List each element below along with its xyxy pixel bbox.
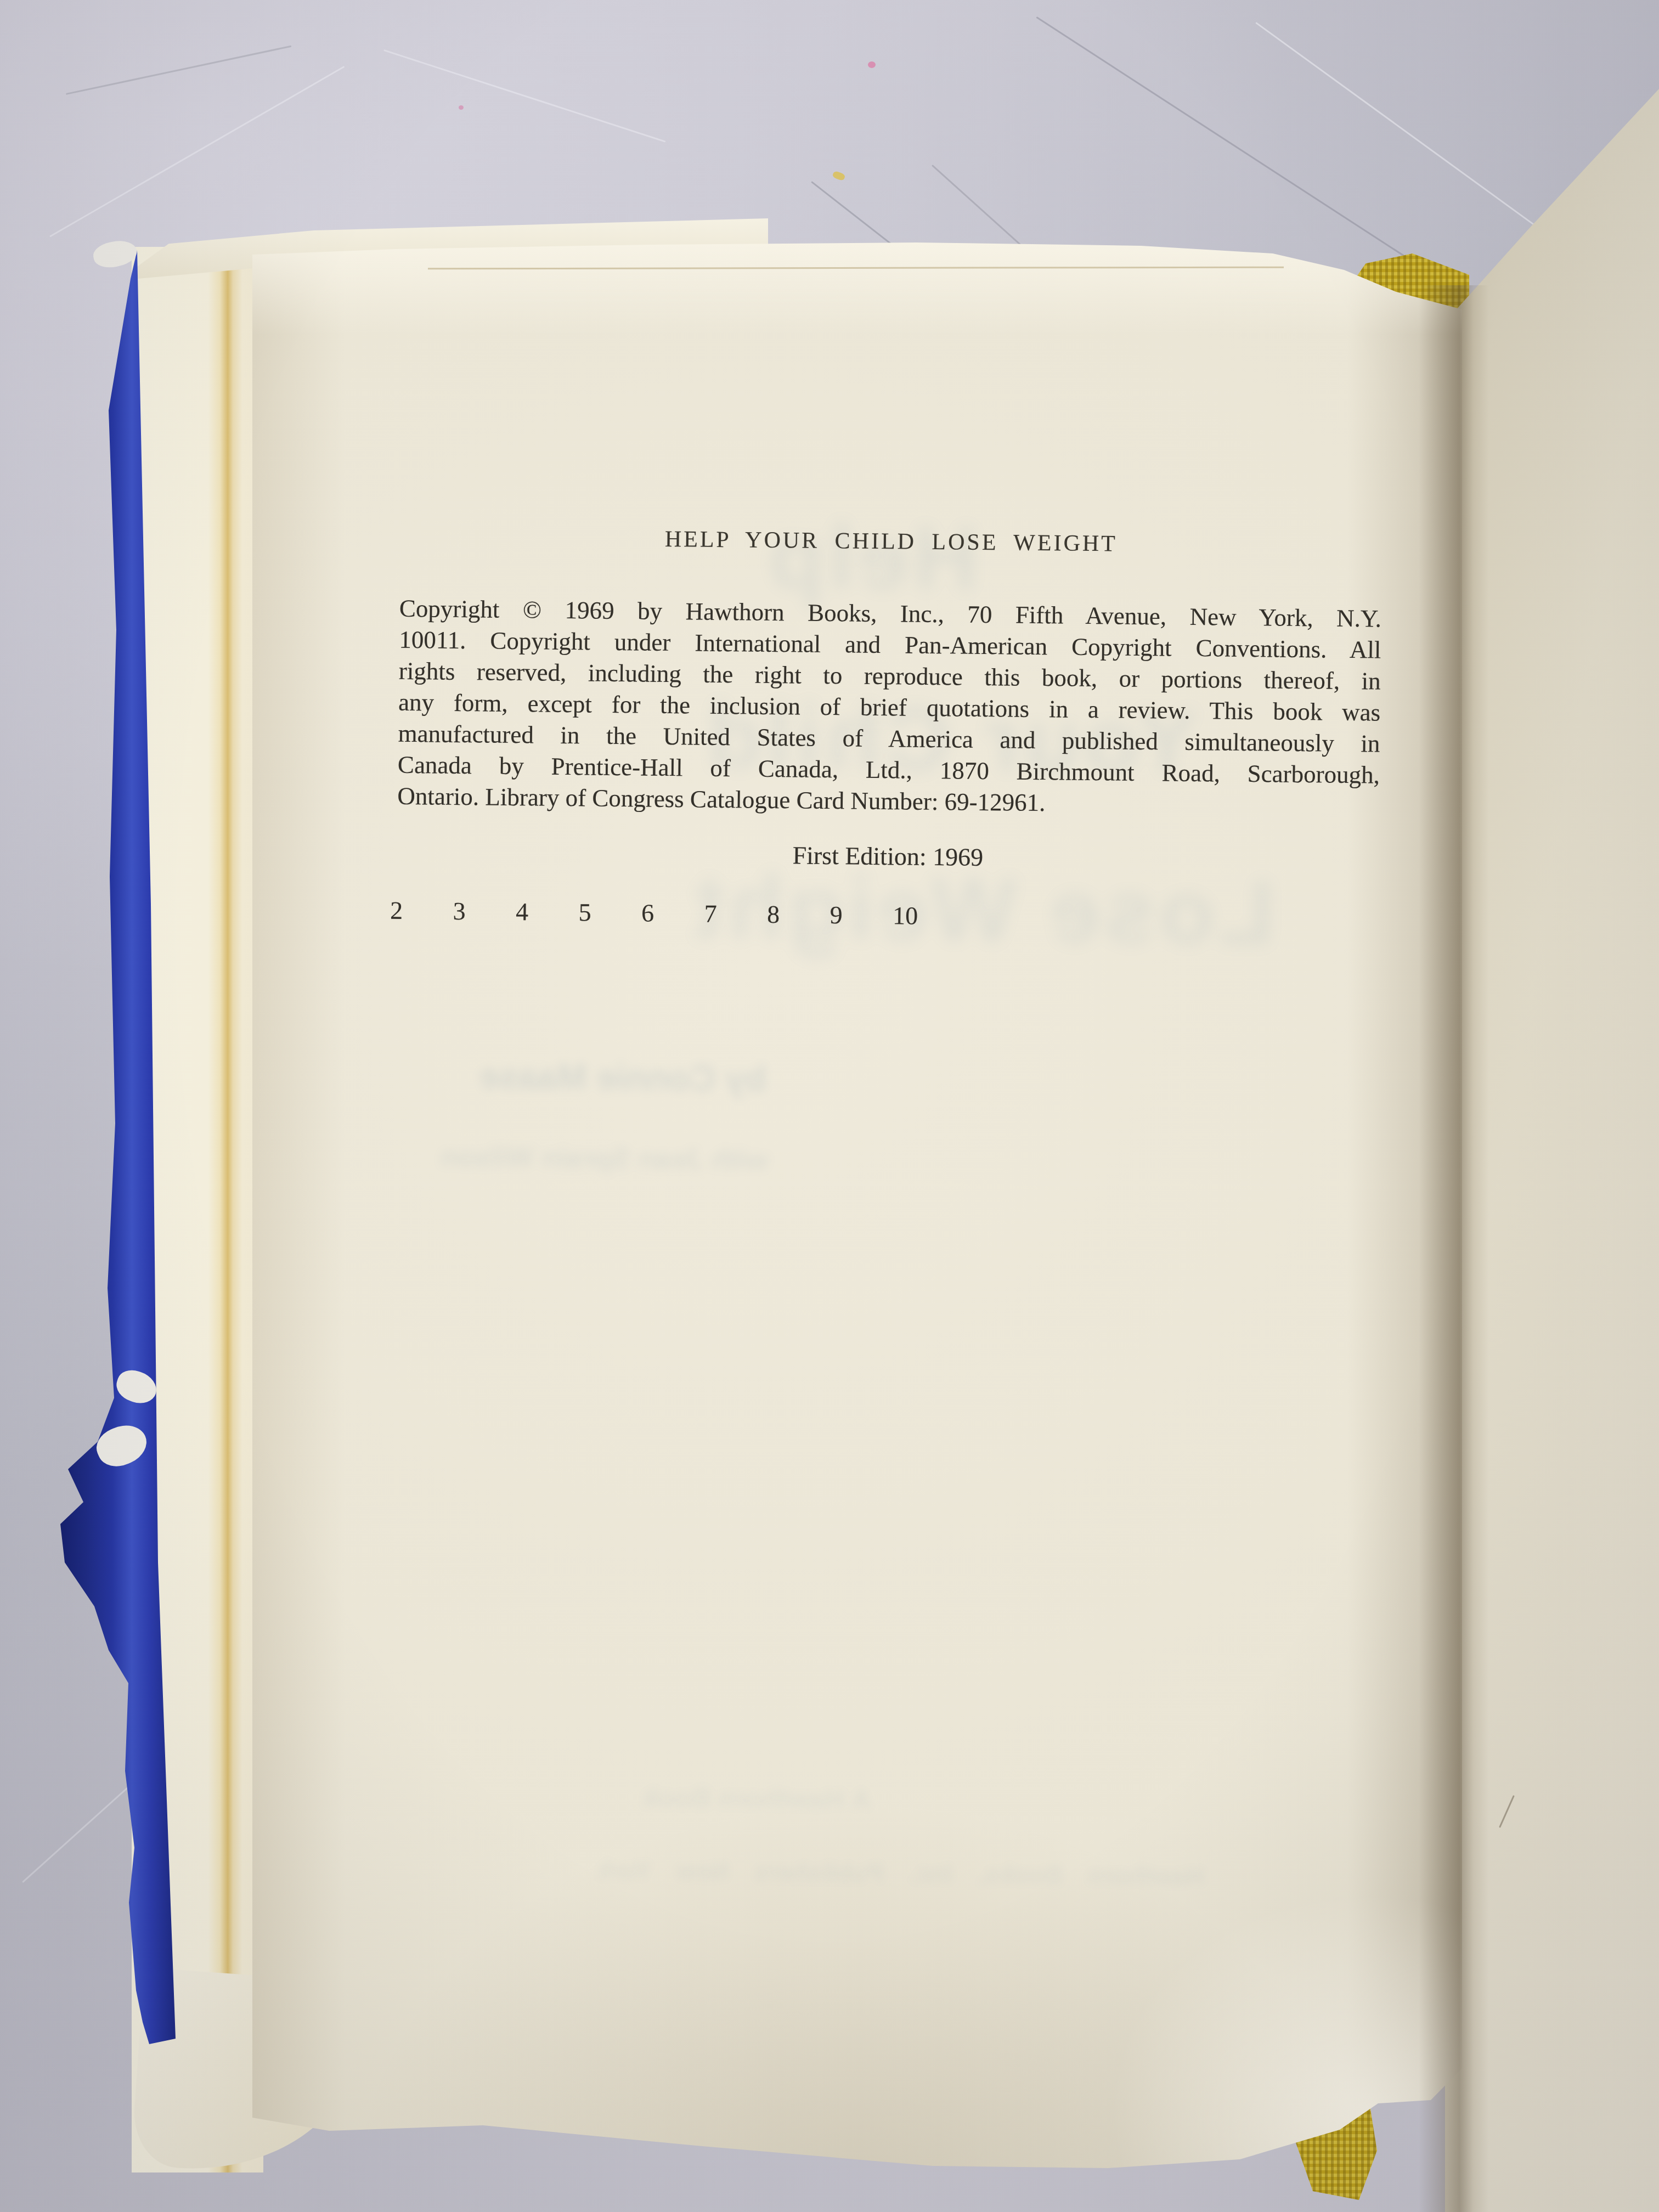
ghost-imprint: A Hawthorn Book <box>642 1782 871 1816</box>
printed-text-layer: Help Your Child Lose Weight by Connie Ma… <box>232 241 1462 2181</box>
ghost-byline: by Connie Maase <box>479 1056 767 1099</box>
gutter-shadow <box>1419 285 1489 2212</box>
ghost-byline-secondary: with Jean Sprain Wilson <box>440 1141 768 1177</box>
ghost-imprint-secondary: Hawthorn Books, Inc. Publishers New York <box>597 1855 1205 1892</box>
pink-speck <box>868 61 876 68</box>
pink-speck <box>459 105 464 110</box>
book-photo: Help Your Child Lose Weight by Connie Ma… <box>0 0 1659 2212</box>
copyright-page: Help Your Child Lose Weight by Connie Ma… <box>252 241 1462 2168</box>
edition-line: First Edition: 1969 <box>397 836 1379 877</box>
running-head: HELP YOUR CHILD LOSE WEIGHT <box>400 525 1382 558</box>
ghost-title-line: Help <box>764 505 979 611</box>
copyright-paragraph: Copyright © 1969 by Hawthorn Books, Inc.… <box>397 593 1381 822</box>
printer-key-line: 2 3 4 5 6 7 8 9 10 <box>390 895 918 932</box>
